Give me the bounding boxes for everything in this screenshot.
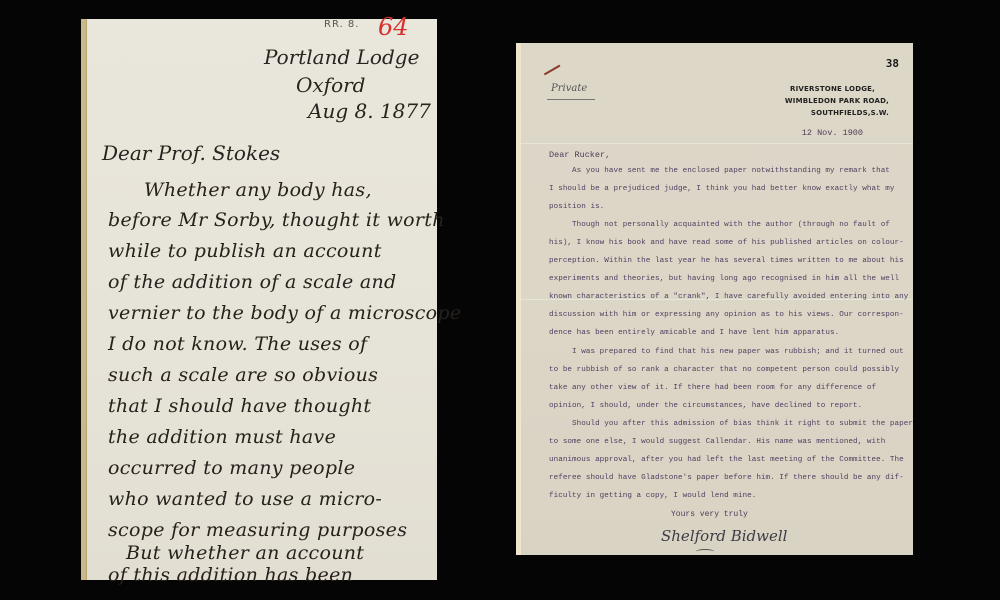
body-line: such a scale are so obvious [108,364,378,386]
signature: Shelford Bidwell [661,527,787,545]
typed-letter-page: Private 38 RIVERSTONE LODGE, WIMBLEDON P… [516,43,913,555]
body-line: ficulty in getting a copy, I would lend … [549,492,756,500]
body-line: of the addition of a scale and [108,271,397,293]
reference-mark: RR. 8. [324,19,359,30]
body-line: take any other view of it. If there had … [549,384,876,392]
body-line: position is. [549,203,604,211]
handwritten-letter-page: RR. 8. 64 Portland Lodge Oxford Aug 8. 1… [81,19,437,580]
closing: Yours very truly [671,510,748,519]
red-pencil-mark [544,65,560,75]
body-line: Though not personally acquainted with th… [549,221,890,229]
body-line: vernier to the body of a microscope [108,302,461,324]
body-line: But whether an account [126,542,364,564]
letterhead-line: SOUTHFIELDS,S.W. [811,109,889,117]
body-line: discussion with him or expressing any op… [549,311,904,319]
letter-date: 12 Nov. 1900 [802,128,863,138]
private-annotation: Private [551,83,587,94]
body-line: scope for measuring purposes [108,519,407,541]
salutation: Dear Prof. Stokes [102,141,280,165]
body-line: of this addition has been [108,564,353,586]
body-line: experiments and theories, but having lon… [549,275,899,283]
letter-date: Aug 8. 1877 [308,99,431,123]
body-line: As you have sent me the enclosed paper n… [549,167,890,175]
body-line: Should you after this admission of bias … [549,420,913,428]
body-line: who wanted to use a micro- [108,488,382,510]
body-line: referee should have Gladstone's paper be… [549,474,904,482]
body-line: the addition must have [108,426,336,448]
body-line: opinion, I should, under the circumstanc… [549,402,862,410]
body-line: I was prepared to find that his new pape… [549,348,904,356]
letterhead-line: RIVERSTONE LODGE, [790,85,875,93]
folio-number-red: 64 [378,13,409,41]
body-line: unanimous approval, after you had left t… [549,456,904,464]
body-line: known characteristics of a "crank", I ha… [549,293,908,301]
salutation: Dear Rucker, [549,150,610,160]
body-line: perception. Within the last year he has … [549,257,904,265]
body-line: Whether any body has, [144,179,372,201]
signature-flourish [696,549,714,554]
body-line: his), I know his book and have read some… [549,239,904,247]
letterhead-line: WIMBLEDON PARK ROAD, [785,97,889,105]
body-line: that I should have thought [108,395,371,417]
body-line: while to publish an account [108,240,382,262]
address-line: Portland Lodge [264,45,419,69]
address-line: Oxford [296,73,365,97]
folio-number: 38 [886,57,899,70]
body-line: to be rubbish of so rank a character tha… [549,366,899,374]
body-line: to some one else, I would suggest Callen… [549,438,885,446]
body-line: I do not know. The uses of [108,333,367,355]
body-line: dence has been entirely amicable and I h… [549,329,839,337]
paper-fold [521,143,913,144]
body-line: I should be a prejudiced judge, I think … [549,185,895,193]
body-line: occurred to many people [108,457,355,479]
body-line: before Mr Sorby, thought it worth [108,209,445,231]
